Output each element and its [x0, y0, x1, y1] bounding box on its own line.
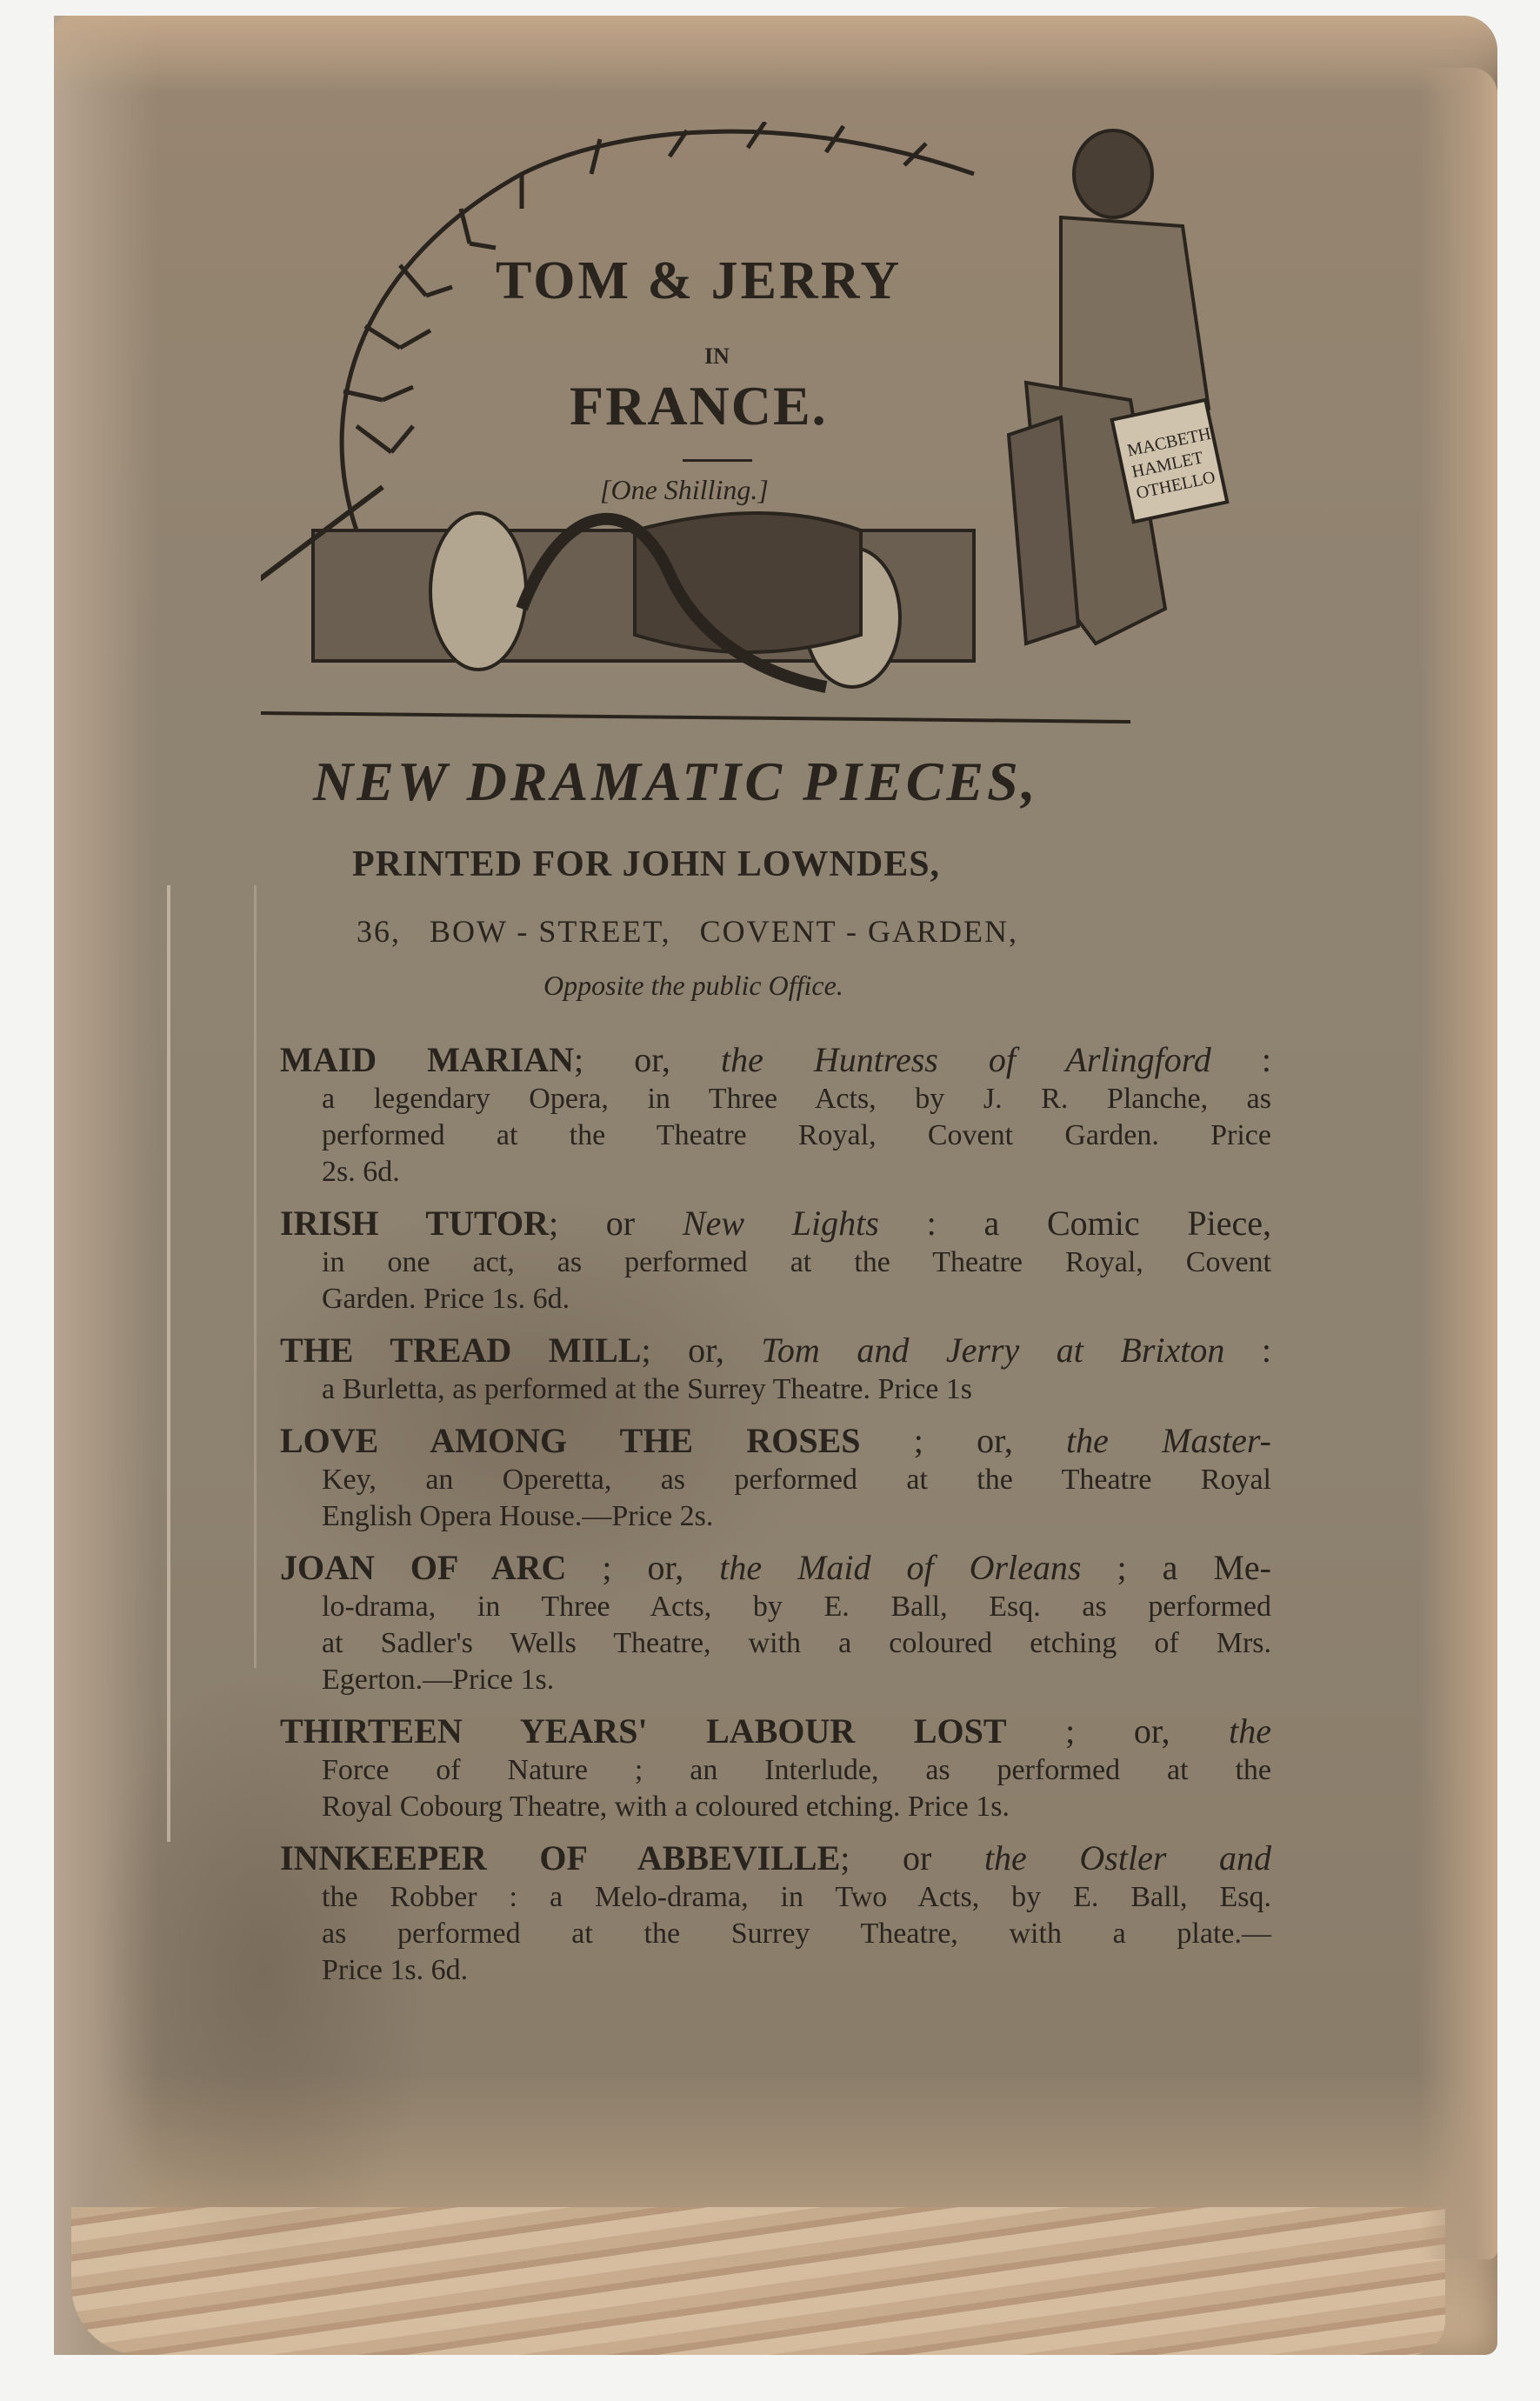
shakespeare-figure-icon: [1009, 130, 1227, 644]
play-title: JOAN OF ARC: [280, 1548, 566, 1587]
play-subtitle: the Ostler and: [984, 1838, 1271, 1877]
play-entry: LOVE AMONG THE ROSES ; or, the Master- K…: [280, 1420, 1271, 1535]
theatre-masks-icon: [261, 487, 1130, 722]
advert-heading: NEW DRAMATIC PIECES,: [313, 750, 1039, 814]
laurel-wreath-icon: [342, 122, 974, 530]
spine-crease: [254, 885, 257, 1668]
play-entry: INNKEEPER OF ABBEVILLE; or the Ostler an…: [280, 1837, 1271, 1989]
worn-top-edge: [54, 16, 1497, 94]
printer-address: 36, BOW - STREET, COVENT - GARDEN,: [357, 913, 1018, 950]
play-title: INNKEEPER OF ABBEVILLE: [280, 1838, 840, 1877]
play-entry: THE TREAD MILL; or, Tom and Jerry at Bri…: [280, 1330, 1271, 1408]
play-entry: IRISH TUTOR; or New Lights : a Comic Pie…: [280, 1203, 1271, 1317]
address-note: Opposite the public Office.: [543, 970, 843, 1002]
play-entry: THIRTEEN YEARS' LABOUR LOST ; or, the Fo…: [280, 1711, 1271, 1825]
title-line-2: FRANCE.: [570, 374, 828, 438]
play-list: MAID MARIAN; or, the Huntress of Arlingf…: [280, 1039, 1271, 2001]
play-subtitle: Tom and Jerry at Brixton: [761, 1331, 1224, 1370]
play-title: MAID MARIAN: [280, 1040, 574, 1079]
play-subtitle: New Lights: [683, 1204, 879, 1243]
title-line-1: TOM & JERRY: [496, 250, 902, 312]
play-subtitle: the Maid of Orleans: [719, 1548, 1081, 1587]
play-subtitle: the: [1229, 1711, 1271, 1751]
title-in: IN: [704, 343, 730, 370]
play-title: IRISH TUTOR: [280, 1204, 549, 1243]
play-title: THIRTEEN YEARS' LABOUR LOST: [280, 1711, 1007, 1751]
play-title: LOVE AMONG THE ROSES: [280, 1421, 861, 1460]
play-subtitle: the Huntress of Arlingford: [721, 1040, 1211, 1079]
spine-crease: [167, 885, 170, 1842]
cover-price: [One Shilling.]: [600, 474, 769, 506]
play-subtitle: the Master-: [1066, 1421, 1271, 1460]
title-rule: [683, 459, 752, 462]
play-title: THE TREAD MILL: [280, 1331, 641, 1370]
play-entry: JOAN OF ARC ; or, the Maid of Orleans ; …: [280, 1547, 1271, 1698]
play-entry: MAID MARIAN; or, the Huntress of Arlingf…: [280, 1039, 1271, 1190]
printer-line: PRINTED FOR JOHN LOWNDES,: [352, 844, 940, 885]
